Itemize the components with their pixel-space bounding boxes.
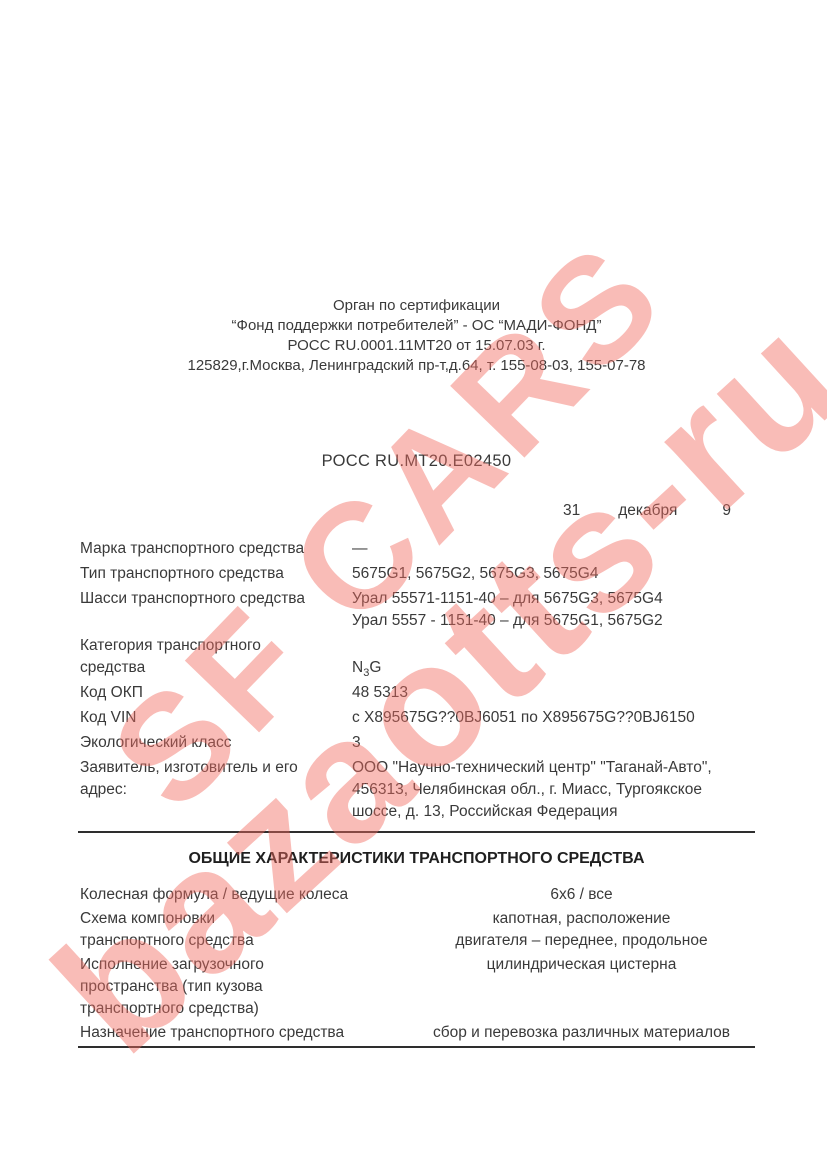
- table-row-wheel-formula: Колесная формула / ведущие колеса 6х6 / …: [80, 884, 753, 906]
- row-label: Исполнение загрузочного пространства (ти…: [80, 954, 410, 1020]
- table-row-okp-code: Код ОКП 48 5313: [80, 682, 753, 704]
- horizontal-divider-bottom: [78, 1046, 755, 1048]
- cert-header-line-1: Орган по сертификации: [80, 296, 753, 316]
- table-row-brand: Марка транспортного средства —: [80, 538, 753, 560]
- row-value: Урал 55571-1151-40 – для 5675G3, 5675G4 …: [352, 588, 753, 632]
- table-row-cargo-space: Исполнение загрузочного пространства (ти…: [80, 954, 753, 1020]
- certification-body-header: Орган по сертификации “Фонд поддержки по…: [80, 296, 753, 376]
- row-value: 48 5313: [352, 682, 753, 704]
- row-label: Шасси транспортного средства: [80, 588, 352, 610]
- row-value: с X895675G??0BJ6051 по X895675G??0BJ6150: [352, 707, 753, 729]
- horizontal-divider-top: [78, 831, 755, 833]
- row-label: Тип транспортного средства: [80, 563, 352, 585]
- date-year: 9: [722, 500, 731, 522]
- row-label: Марка транспортного средства: [80, 538, 352, 560]
- row-label: Код VIN: [80, 707, 352, 729]
- row-value: —: [352, 538, 753, 560]
- table-row-category: Категория транспортного средства N3G: [80, 635, 753, 679]
- row-label: Колесная формула / ведущие колеса: [80, 884, 410, 906]
- row-value: N3G: [352, 657, 753, 679]
- row-value: ООО "Научно-технический центр" "Таганай-…: [352, 757, 753, 823]
- row-label: Экологический класс: [80, 732, 352, 754]
- table-row-purpose: Назначение транспортного средства сбор и…: [80, 1022, 753, 1044]
- general-characteristics-table: Колесная формула / ведущие колеса 6х6 / …: [80, 884, 753, 1044]
- row-value: цилиндрическая цистерна: [410, 954, 753, 976]
- date-month: декабря: [618, 500, 677, 522]
- table-row-type: Тип транспортного средства 5675G1, 5675G…: [80, 563, 753, 585]
- row-label: Заявитель, изготовитель и его адрес:: [80, 757, 352, 801]
- table-row-layout-scheme: Схема компоновки транспортного средства …: [80, 908, 753, 952]
- row-value: 5675G1, 5675G2, 5675G3, 5675G4: [352, 563, 753, 585]
- date-day: 31: [563, 500, 580, 522]
- date-line: 31 декабря 9: [80, 500, 753, 522]
- cert-header-line-2: “Фонд поддержки потребителей” - ОС “МАДИ…: [80, 316, 753, 336]
- row-value: 6х6 / все: [410, 884, 753, 906]
- table-row-applicant: Заявитель, изготовитель и его адрес: ООО…: [80, 757, 753, 823]
- row-label: Код ОКП: [80, 682, 352, 704]
- page-content: Орган по сертификации “Фонд поддержки по…: [0, 0, 827, 1048]
- table-row-chassis: Шасси транспортного средства Урал 55571-…: [80, 588, 753, 632]
- row-label: Категория транспортного средства: [80, 635, 352, 679]
- cert-header-line-3: РОСС RU.0001.11MT20 от 15.07.03 г.: [80, 336, 753, 356]
- section-heading: ОБЩИЕ ХАРАКТЕРИСТИКИ ТРАНСПОРТНОГО СРЕДС…: [80, 848, 753, 870]
- table-row-vin-code: Код VIN с X895675G??0BJ6051 по X895675G?…: [80, 707, 753, 729]
- vehicle-details-table: Марка транспортного средства — Тип транс…: [80, 538, 753, 823]
- row-value: 3: [352, 732, 753, 754]
- row-label: Назначение транспортного средства: [80, 1022, 410, 1044]
- row-value: капотная, расположение двигателя – перед…: [410, 908, 753, 952]
- cert-header-line-4: 125829,г.Москва, Ленинградский пр-т,д.64…: [80, 356, 753, 376]
- certificate-page: Орган по сертификации “Фонд поддержки по…: [0, 0, 827, 1170]
- approval-number: РОСС RU.MT20.E02450: [80, 450, 753, 472]
- row-label: Схема компоновки транспортного средства: [80, 908, 410, 952]
- table-row-eco-class: Экологический класс 3: [80, 732, 753, 754]
- row-value: сбор и перевозка различных материалов: [410, 1022, 753, 1044]
